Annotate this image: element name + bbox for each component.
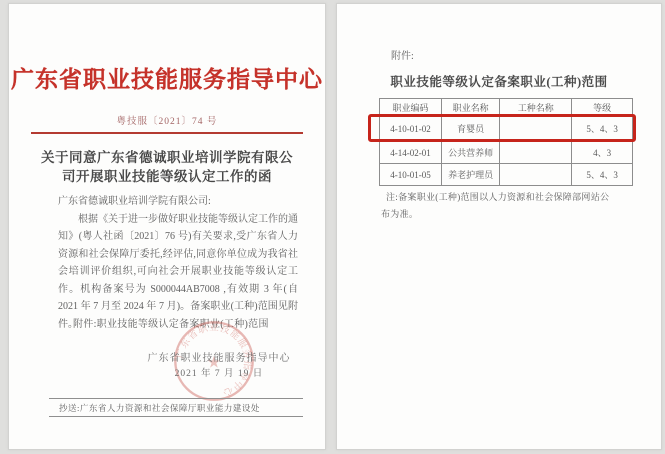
table-note-line1: 注:备案职业(工种)范围以人力资源和社会保障部网站公 — [386, 190, 609, 203]
cell-worktype — [500, 164, 572, 186]
cell-occupation: 育婴员 — [441, 116, 499, 142]
attachment-title: 职业技能等级认定备案职业(工种)范围 — [337, 72, 661, 90]
letter-page: 广东省职业技能服务指导中心 粤技服〔2021〕74 号 关于同意广东省德诚职业培… — [8, 3, 326, 450]
cell-code: 4-14-02-01 — [380, 142, 442, 164]
header-worktype-name: 工种名称 — [500, 99, 572, 116]
cell-code: 4-10-01-02 — [380, 116, 442, 142]
table-header-row: 职业编码 职业名称 工种名称 等级 — [380, 99, 633, 116]
table-note-line2: 布为准。 — [381, 207, 418, 220]
letterhead-org-title: 广东省职业技能服务指导中心 — [9, 61, 325, 94]
table-row-highlighted: 4-10-01-02 育婴员 5、4、3 — [380, 116, 633, 142]
cc-divider-top — [49, 398, 303, 399]
attachment-page: 附件: 职业技能等级认定备案职业(工种)范围 职业编码 职业名称 工种名称 等级… — [336, 3, 662, 450]
occupation-table: 职业编码 职业名称 工种名称 等级 4-10-01-02 育婴员 5、4、3 4… — [379, 98, 633, 186]
cc-line: 抄送:广东省人力资源和社会保障厅职业能力建设处 — [59, 402, 260, 414]
cell-occupation: 公共营养师 — [441, 142, 499, 164]
cell-worktype — [500, 116, 572, 142]
cell-worktype — [500, 142, 572, 164]
cc-divider-bottom — [49, 416, 303, 417]
header-level: 等级 — [572, 99, 633, 116]
signature-org: 广东省职业技能服务指导中心 — [139, 349, 299, 364]
header-occupation-code: 职业编码 — [380, 99, 442, 116]
letter-body: 广东省德诚职业培训学院有限公司: 根据《关于进一步做好职业技能等级认定工作的通知… — [58, 193, 298, 333]
attachment-label: 附件: — [391, 47, 414, 62]
cell-levels: 5、4、3 — [572, 116, 633, 142]
cell-levels: 5、4、3 — [572, 164, 633, 186]
document-number: 粤技服〔2021〕74 号 — [9, 113, 325, 127]
header-occupation-name: 职业名称 — [441, 99, 499, 116]
table-row: 4-14-02-01 公共营养师 4、3 — [380, 142, 633, 164]
letter-salutation: 广东省德诚职业培训学院有限公司: — [58, 193, 298, 211]
letterhead-divider — [31, 132, 303, 134]
cell-occupation: 养老护理员 — [441, 164, 499, 186]
table-row: 4-10-01-05 养老护理员 5、4、3 — [380, 164, 633, 186]
screenshot-root: { "letter": { "org_title": "广东省职业技能服务指导中… — [0, 0, 665, 454]
cell-levels: 4、3 — [572, 142, 633, 164]
cell-code: 4-10-01-05 — [380, 164, 442, 186]
signature-date: 2021 年 7 月 19 日 — [139, 365, 299, 379]
letter-subject-line1: 关于同意广东省德诚职业培训学院有限公 — [9, 146, 325, 166]
letter-subject-line2: 司开展职业技能等级认定工作的函 — [9, 165, 325, 185]
